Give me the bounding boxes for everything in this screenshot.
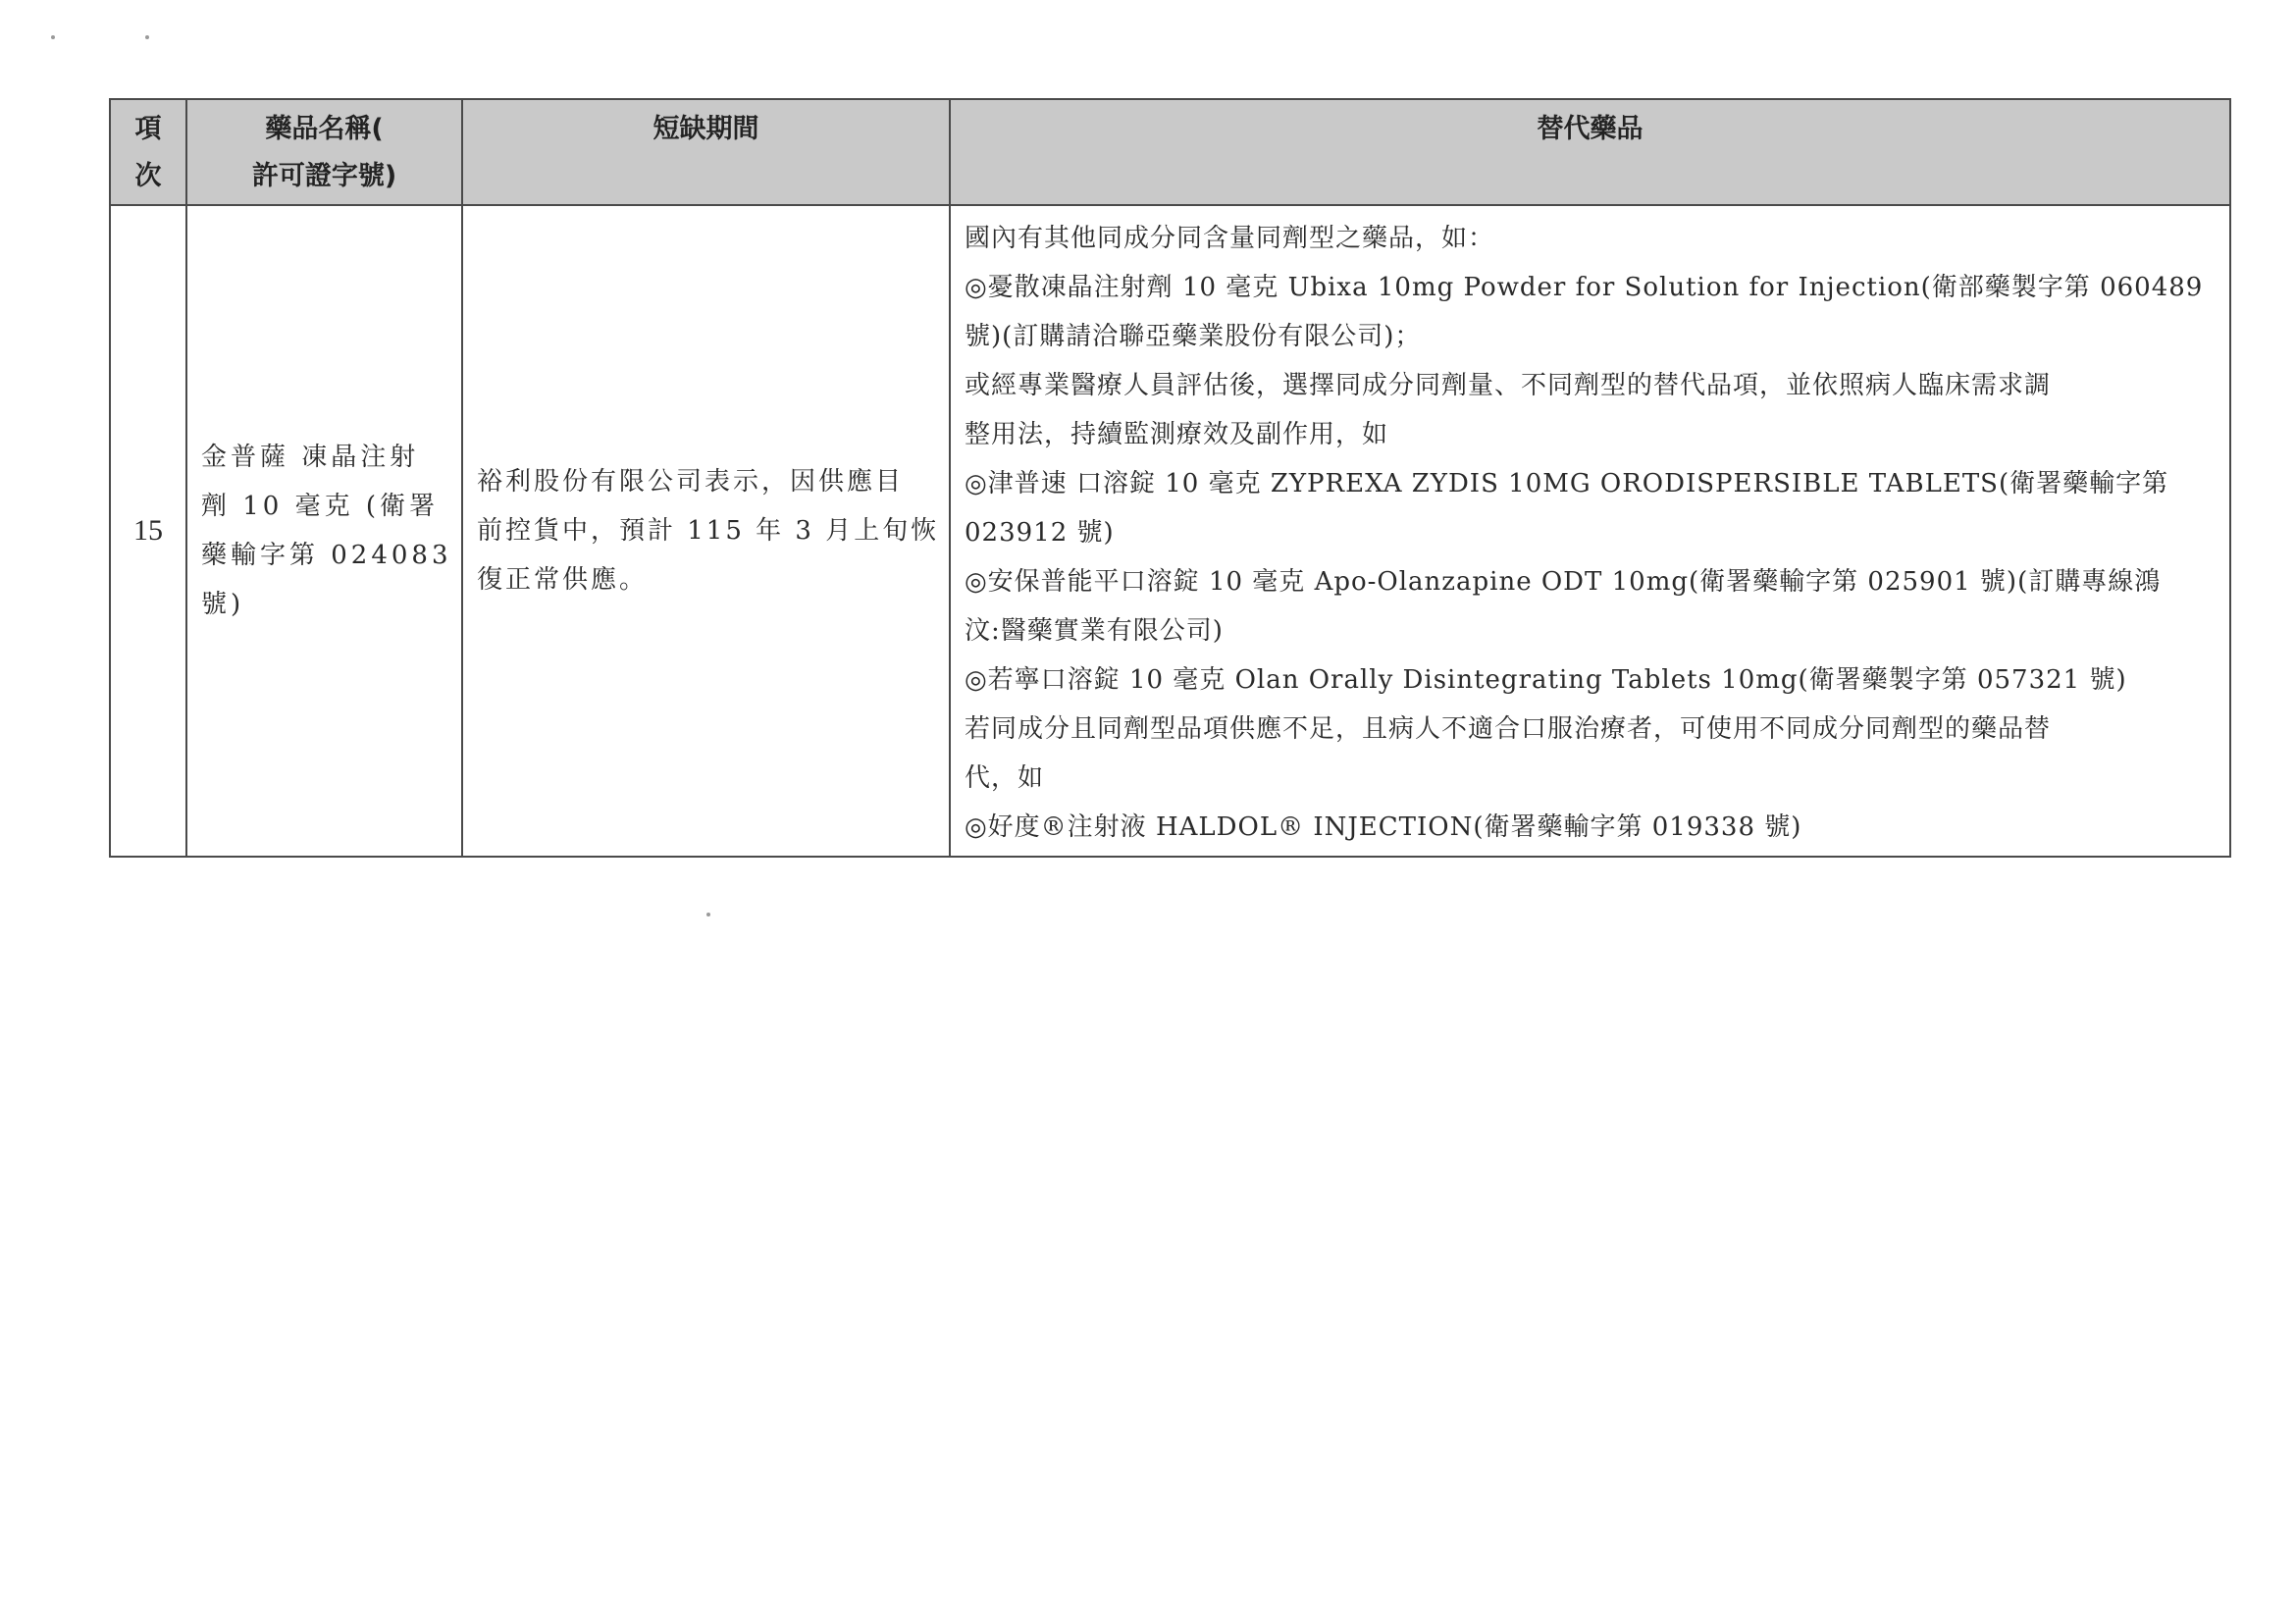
- header-text: 次: [112, 153, 184, 200]
- drug-name-line: 劑 10 毫克 (衛署: [201, 482, 447, 531]
- substitute-line: 023912 號): [965, 508, 2216, 557]
- drug-shortage-table: 項 次 藥品名稱( 許可證字號) 短缺期間 替代藥品 15 金普薩 凍晶注射 劑…: [109, 98, 2231, 858]
- scan-speck: [51, 35, 55, 39]
- substitute-line: 汶:醫藥實業有限公司): [965, 606, 2216, 655]
- substitute-line: ◎好度®注射液 HALDOL® INJECTION(衛署藥輸字第 019338 …: [965, 803, 2216, 852]
- scan-speck: [706, 913, 710, 916]
- period-line: 復正常供應。: [477, 555, 935, 604]
- item-number: 15: [110, 205, 186, 857]
- header-substitutes: 替代藥品: [950, 99, 2230, 205]
- header-text: 項: [112, 106, 184, 153]
- period-line: 裕利股份有限公司表示，因供應目: [477, 457, 935, 506]
- substitute-line: 或經專業醫療人員評估後，選擇同成分同劑量、不同劑型的替代品項，並依照病人臨床需求…: [965, 361, 2216, 410]
- substitute-line: 代，如: [965, 754, 2216, 803]
- header-text: 短缺期間: [464, 106, 948, 153]
- substitute-line: 若同成分且同劑型品項供應不足，且病人不適合口服治療者，可使用不同成分同劑型的藥品…: [965, 705, 2216, 754]
- drug-name-line: 號): [201, 580, 447, 629]
- substitutes-cell: 國內有其他同成分同含量同劑型之藥品，如： ◎憂散凍晶注射劑 10 毫克 Ubix…: [950, 205, 2230, 857]
- drug-name-line: 藥輸字第 024083: [201, 531, 447, 580]
- substitute-line: ◎安保普能平口溶錠 10 毫克 Apo-Olanzapine ODT 10mg(…: [965, 557, 2216, 606]
- substitute-line: ◎憂散凍晶注射劑 10 毫克 Ubixa 10mg Powder for Sol…: [965, 263, 2216, 312]
- header-text: 替代藥品: [952, 106, 2228, 153]
- header-shortage-period: 短缺期間: [462, 99, 950, 205]
- substitute-line: 整用法，持續監測療效及副作用，如: [965, 410, 2216, 459]
- drug-name-cell: 金普薩 凍晶注射 劑 10 毫克 (衛署 藥輸字第 024083 號): [186, 205, 462, 857]
- header-drug-name: 藥品名稱( 許可證字號): [186, 99, 462, 205]
- scan-speck: [145, 35, 149, 39]
- substitute-line: 國內有其他同成分同含量同劑型之藥品，如：: [965, 214, 2216, 263]
- header-item-no: 項 次: [110, 99, 186, 205]
- period-line: 前控貨中，預計 115 年 3 月上旬恢: [477, 506, 935, 555]
- substitute-line: ◎津普速 口溶錠 10 毫克 ZYPREXA ZYDIS 10MG ORODIS…: [965, 459, 2216, 508]
- shortage-period-cell: 裕利股份有限公司表示，因供應目 前控貨中，預計 115 年 3 月上旬恢 復正常…: [462, 205, 950, 857]
- drug-name-line: 金普薩 凍晶注射: [201, 433, 447, 482]
- header-text: 藥品名稱(: [188, 106, 460, 153]
- substitute-line: 號)(訂購請洽聯亞藥業股份有限公司)；: [965, 312, 2216, 361]
- table-header-row: 項 次 藥品名稱( 許可證字號) 短缺期間 替代藥品: [110, 99, 2230, 205]
- substitute-line: ◎若寧口溶錠 10 毫克 Olan Orally Disintegrating …: [965, 655, 2216, 705]
- header-text: 許可證字號): [188, 153, 460, 200]
- table-row: 15 金普薩 凍晶注射 劑 10 毫克 (衛署 藥輸字第 024083 號) 裕…: [110, 205, 2230, 857]
